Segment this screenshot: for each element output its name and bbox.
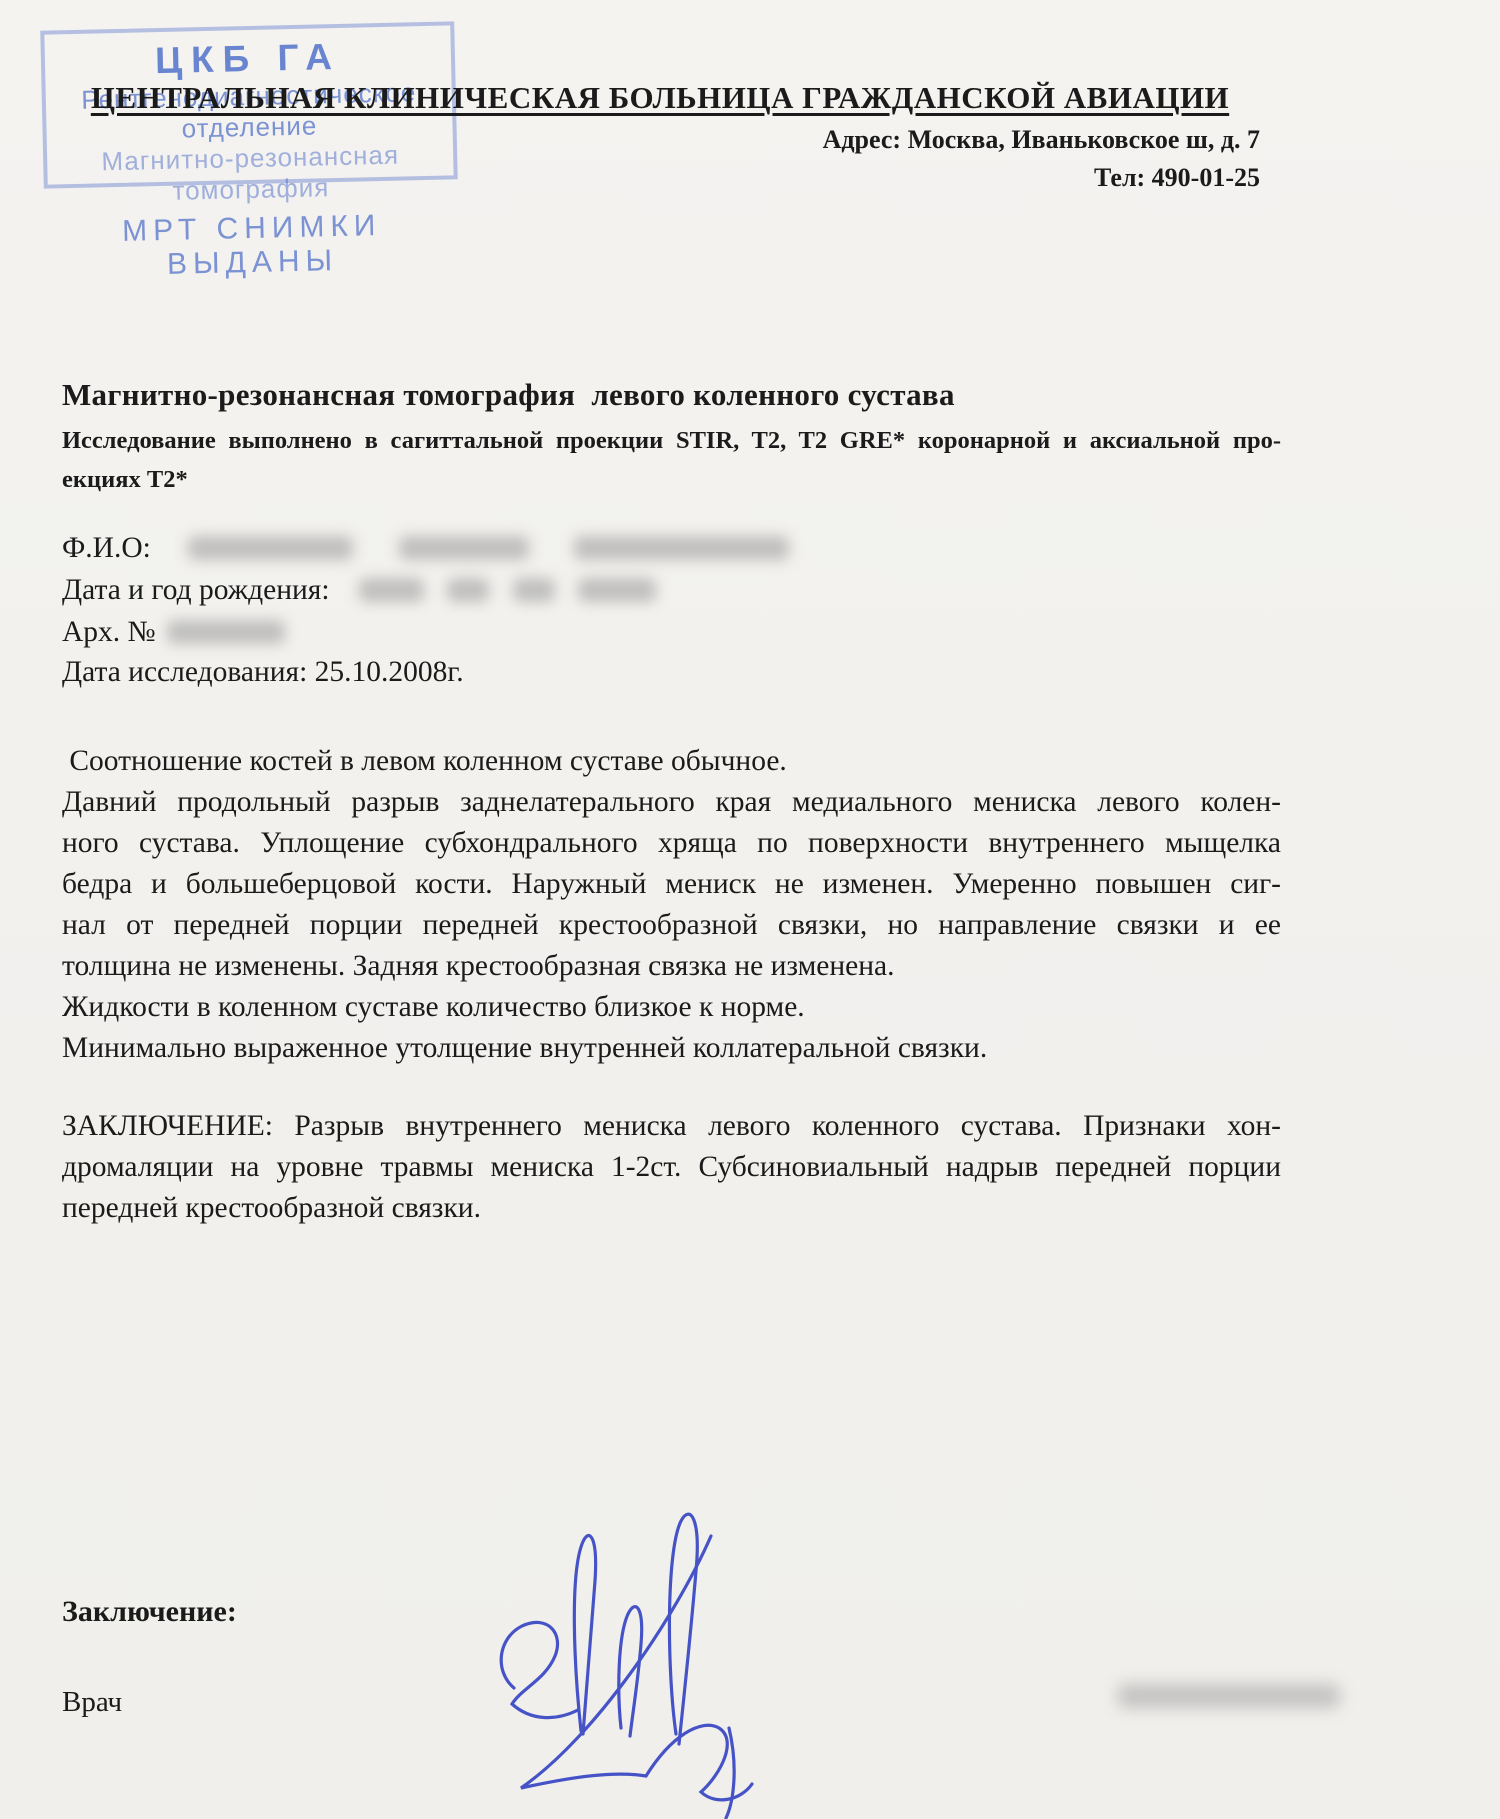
patient-birth-label: Дата и год рождения: (62, 574, 330, 606)
redacted-birth-date (578, 578, 656, 602)
findings-line: Жидкости в коленном суставе количество б… (62, 987, 1281, 1028)
stamp-issued-note: МРТ СНИМКИ ВЫДАНЫ (48, 207, 455, 284)
findings-paragraph: Соотношение костей в левом коленном суст… (62, 741, 1281, 1069)
patient-birth-row: Дата и год рождения: (62, 574, 656, 607)
hospital-phone: Тел: 490-01-25 (823, 159, 1260, 197)
redacted-patient-name (188, 536, 353, 560)
method-line: Исследование выполнено в сагиттальной пр… (62, 421, 1281, 460)
redacted-birth-date (447, 578, 489, 602)
redacted-birth-date (359, 578, 424, 602)
doctor-signature (486, 1466, 816, 1819)
patient-arch-label: Арх. № (62, 616, 156, 648)
conclusion-label: Заключение: (62, 1595, 237, 1629)
scanned-medical-report: ЦКБ ГА Рентгенодиагностическое отделение… (0, 0, 1500, 1819)
study-title: Магнитно-резонансная томография левого к… (62, 377, 955, 413)
conclusion-paragraph: ЗАКЛЮЧЕНИЕ: Разрыв внутреннего мениска л… (62, 1106, 1281, 1229)
findings-line: Давний продольный разрыв заднелатерально… (62, 782, 1281, 823)
hospital-contact: Адрес: Москва, Иваньковское ш, д. 7 Тел:… (823, 121, 1260, 197)
findings-line: нал от передней порции передней крестооб… (62, 905, 1281, 946)
conclusion-line: ЗАКЛЮЧЕНИЕ: Разрыв внутреннего мениска л… (62, 1106, 1281, 1147)
findings-line: ного сустава. Уплощение субхондрального … (62, 823, 1281, 864)
redacted-patient-name (399, 536, 529, 560)
study-date-row: Дата исследования: 25.10.2008г. (62, 656, 464, 689)
findings-line: Соотношение костей в левом коленном суст… (62, 741, 1281, 782)
findings-line: толщина не изменены. Задняя крестообразн… (62, 946, 1281, 987)
hospital-address: Адрес: Москва, Иваньковское ш, д. 7 (823, 121, 1260, 159)
study-date: Дата исследования: 25.10.2008г. (62, 656, 464, 688)
redacted-patient-name (574, 536, 789, 560)
redacted-birth-date (513, 578, 555, 602)
redacted-arch-number (167, 620, 285, 644)
study-method: Исследование выполнено в сагиттальной пр… (62, 421, 1281, 499)
findings-line: бедра и большеберцовой кости. Наружный м… (62, 864, 1281, 905)
redacted-doctor-name (1118, 1684, 1340, 1708)
patient-fio-label: Ф.И.О: (62, 532, 151, 564)
patient-arch-row: Арх. № (62, 616, 285, 649)
conclusion-line: дромаляции на уровне травмы мениска 1-2с… (62, 1147, 1281, 1188)
hospital-name: ЦЕНТРАЛЬНАЯ КЛИНИЧЕСКАЯ БОЛЬНИЦА ГРАЖДАН… (60, 80, 1260, 116)
stamp-modality: Магнитно-резонансная томография (47, 138, 454, 209)
patient-fio-row: Ф.И.О: (62, 532, 789, 565)
conclusion-line: передней крестообразной связки. (62, 1188, 1281, 1229)
doctor-label: Врач (62, 1686, 122, 1719)
method-line: екциях Т2* (62, 460, 1281, 499)
findings-line: Минимально выраженное утолщение внутренн… (62, 1028, 1281, 1069)
